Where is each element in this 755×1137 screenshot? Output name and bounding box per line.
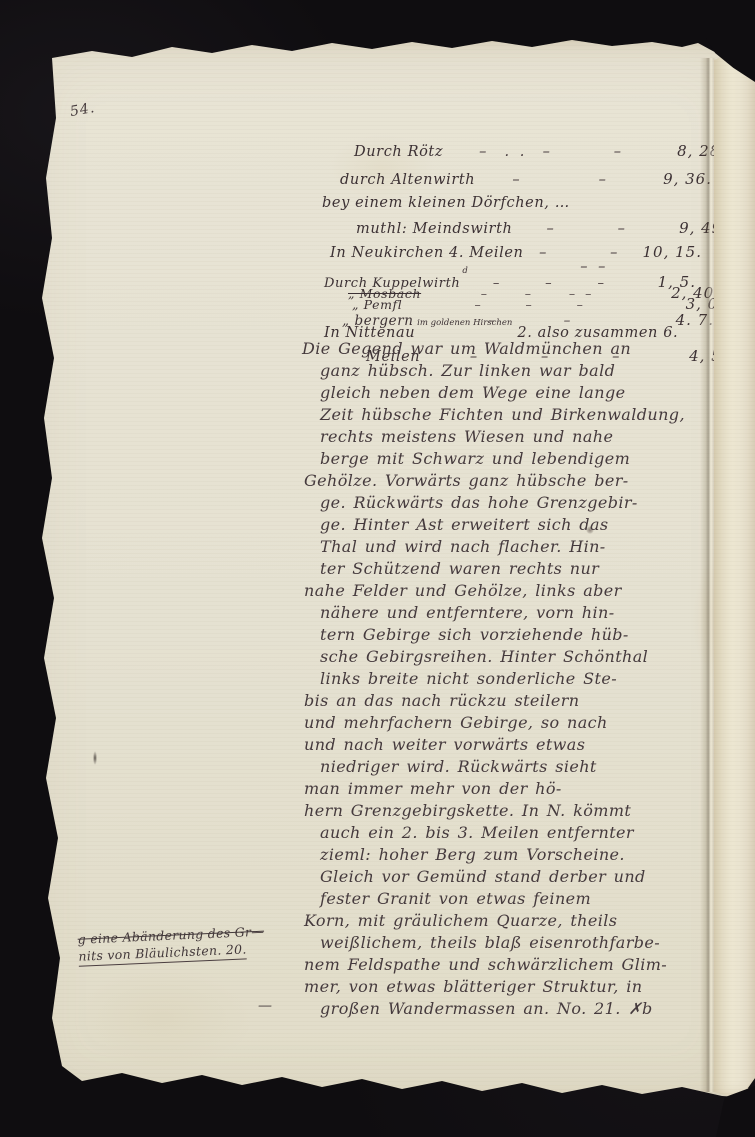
ledger-dash-leader: – – – — [402, 297, 658, 312]
ledger-dash-leader: – . . – – — [443, 144, 660, 160]
body-text-line: gleich neben dem Wege eine lange — [320, 382, 744, 404]
ledger-row: bey einem kleinen Dörfchen, … — [322, 195, 694, 211]
body-text-line: zieml: hoher Berg zum Vorscheine. — [320, 844, 744, 866]
body-text-line: links breite nicht sonderliche Ste- — [320, 668, 744, 690]
page-number: 54. — [69, 100, 97, 120]
ledger-entry-superscript: d — [462, 266, 467, 276]
ledger-row: Durch Rötz– . . – –8, 28. — [322, 142, 726, 160]
body-text-line: Die Gegend war um Waldmünchen an — [302, 338, 744, 360]
body-text-line: Gehölze. Vorwärts ganz hübsche ber- — [304, 470, 744, 492]
binding-crease — [700, 58, 716, 1092]
body-text-line: nahe Felder und Gehölze, links aber — [304, 580, 744, 602]
margin-dash-mark: — — [258, 998, 272, 1014]
ledger-entry-superscript: im goldenen Hirschen — [417, 318, 512, 328]
body-text-line: ter Schützend waren rechts nur — [320, 558, 744, 580]
body-text-line: berge mit Schwarz und lebendigem — [320, 448, 744, 470]
body-text-line: ge. Rückwärts das hohe Grenzgebir- — [320, 492, 744, 514]
body-text-line: großen Wandermassen an. No. 21. ✗b — [320, 998, 744, 1020]
ledger-row: muthl: Meindswirth– –9, 49. — [322, 219, 728, 237]
ledger-entry-label: „ Pemfl — [352, 297, 402, 312]
body-text-line: ge. Hinter Ast erweitert sich das — [320, 514, 744, 536]
ledger-dash-leader: – – — [512, 221, 662, 237]
body-text-line: ganz hübsch. Zur linken war bald — [320, 360, 744, 382]
body-text-line: fester Granit von etwas feinem — [320, 888, 744, 910]
ledger-entry-label: durch Altenwirth — [340, 172, 475, 188]
ledger-entry-label: muthl: Meindswirth — [356, 221, 512, 237]
ledger-entry-label: bey einem kleinen Dörfchen, … — [322, 195, 570, 211]
body-text-line: rechts meistens Wiesen und nahe — [320, 426, 744, 448]
body-text-line: auch ein 2. bis 3. Meilen entfernter — [320, 822, 744, 844]
ledger-entry-label: Durch Rötz — [354, 144, 443, 160]
body-text-line: und nach weiter vorwärts etwas — [304, 734, 744, 756]
body-text-line: nähere und entferntere, vorn hin- — [320, 602, 744, 624]
manuscript-page: 54. Durch Rötz– . . – –8, 28.durch Alten… — [22, 38, 755, 1110]
body-text-line: und mehrfachern Gebirge, so nach — [304, 712, 744, 734]
body-text-line: Gleich vor Gemünd stand derber und — [320, 866, 744, 888]
body-text-line: Thal und wird nach flacher. Hin- — [320, 536, 744, 558]
body-text-line: mer, von etwas blätteriger Struktur, in — [304, 976, 744, 998]
body-text-line: bis an das nach rückzu steilern — [304, 690, 744, 712]
adjacent-page-edge — [714, 46, 755, 1098]
body-text-line: niedriger wird. Rückwärts sieht — [320, 756, 744, 778]
body-text-line: man immer mehr von der hö- — [304, 778, 744, 800]
body-text-line: weißlichem, theils blaß eisenrothfarbe- — [320, 932, 744, 954]
body-text-line: nem Feldspathe und schwärzlichem Glim- — [304, 954, 744, 976]
margin-note: g eine Abänderung des Gr— nits von Bläul… — [77, 921, 296, 966]
body-text-line: Zeit hübsche Fichten und Birkenwaldung, — [320, 404, 744, 426]
ledger-row: durch Altenwirth– –9, 36. — [322, 170, 712, 188]
body-text-line: sche Gebirgsreihen. Hinter Schönthal — [320, 646, 744, 668]
body-text-line: Korn, mit gräulichem Quarze, theils — [304, 910, 744, 932]
ledger-dash-leader: – – — [475, 172, 646, 188]
body-text-line: tern Gebirge sich vorziehende hüb- — [320, 624, 744, 646]
scan-background: 54. Durch Rötz– . . – –8, 28.durch Alten… — [0, 0, 755, 1137]
body-text-line: hern Grenzgebirgskette. In N. kömmt — [304, 800, 744, 822]
manuscript-body-text: Die Gegend war um Waldmünchen anganz hüb… — [302, 338, 744, 1020]
